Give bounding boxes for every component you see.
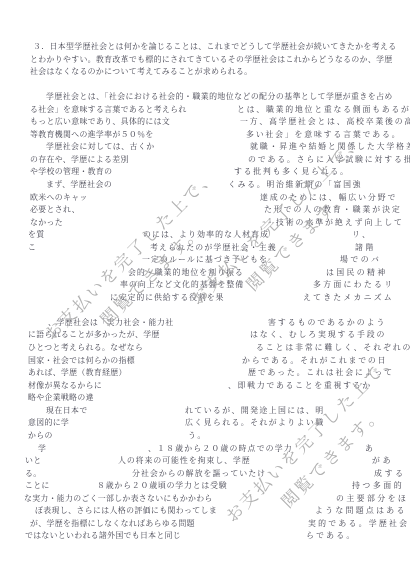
text-line-fragment: や学校の管理・教育の bbox=[30, 167, 112, 176]
text-line-fragment: ３．日本型学歴社会とは何かを論じることは、これまでどうして学歴社会が続いてきたか… bbox=[33, 42, 396, 51]
text-line-fragment: う。 bbox=[188, 431, 207, 440]
text-line-fragment: まず、学歴社会の bbox=[46, 180, 112, 189]
text-line-fragment: 一定のルールに基づき子どもを bbox=[142, 255, 268, 264]
text-line-fragment: な実力・能力のごく一部しか表さないにもかかわら bbox=[24, 494, 213, 503]
text-line-fragment: ることは非常に難しく、それぞれの bbox=[256, 343, 410, 352]
text-line-fragment: 等教育機関への進学率が５０％を bbox=[30, 130, 154, 139]
text-line-fragment: の存在や、学歴による差別 bbox=[30, 155, 129, 164]
text-line-fragment: する批判も多く見られる。 bbox=[234, 167, 350, 176]
text-line-fragment: 学歴社会とは、「社会における社会的・職業的地位などの配分の基準として学歴が重きを… bbox=[46, 92, 393, 101]
text-line-fragment: の主要部分をほ bbox=[336, 494, 408, 503]
text-line-fragment: 就職・昇進や結婚と関係した大学格差 bbox=[250, 142, 410, 151]
text-line-fragment: 歴であった。これは社会によって bbox=[248, 368, 394, 377]
text-line-fragment: 欧米へのキャッ bbox=[30, 193, 88, 202]
text-line-fragment: ではないといわれる諸外国でも日本と同じ bbox=[25, 531, 181, 540]
text-line-fragment: のである。さらに入学試験に対する批判 bbox=[248, 155, 410, 164]
text-line-fragment: 考えられたのが学歴社会・主義 bbox=[150, 243, 277, 252]
text-line-fragment: 会的・職業的地位を割り振る bbox=[128, 268, 244, 277]
text-line-fragment: ぼ表現し、さらには人格の評価にも関わってしま bbox=[35, 506, 217, 515]
text-line-fragment: 率の向上など文化的基盤を整備 bbox=[120, 280, 244, 289]
text-line-fragment: 多い社会」を意味する言葉である。 bbox=[246, 130, 401, 139]
text-line-fragment: 学 bbox=[38, 444, 46, 453]
text-line-fragment: 、学歴社会は「実力社会・能力社 bbox=[48, 318, 174, 327]
text-line-fragment: あ bbox=[365, 444, 376, 453]
text-line-fragment: 人の将来の可能性を拘束し、学歴 bbox=[118, 456, 251, 465]
text-line-fragment: る社会」を意味する言葉であると考えられ bbox=[30, 105, 187, 114]
text-line-fragment: 諸階 bbox=[355, 243, 376, 252]
text-line-fragment: 一方、高学歴社会とは、高校卒業後の高 bbox=[240, 117, 410, 126]
text-line-fragment: 学歴社会に対しては、古くか bbox=[46, 142, 155, 151]
text-line-fragment: は国民の精神 bbox=[326, 268, 388, 277]
document-page: ３．日本型学歴社会とは何かを論じることは、これまでどうして学歴社会が続いてきたか… bbox=[0, 0, 410, 580]
text-line-fragment: らである。 bbox=[306, 531, 357, 540]
text-line-fragment: 達成のためには、幅広い分野で bbox=[260, 193, 397, 202]
text-line-fragment: 実的である。学歴社会 bbox=[308, 519, 409, 528]
text-line-fragment: 材像が異なるからに bbox=[28, 381, 102, 390]
text-line-fragment: に語られることが多かったが、学歴 bbox=[28, 330, 160, 339]
text-line-fragment: 持つ多面的 bbox=[352, 481, 404, 490]
text-line-fragment: 分社会からの解放を謳っていたけ bbox=[132, 469, 266, 478]
text-line-fragment: に安定的に供給する役割を果 bbox=[110, 293, 224, 302]
text-line-fragment: あれば、学歴（教育経歴） bbox=[28, 368, 127, 377]
text-line-fragment: があ bbox=[372, 456, 393, 465]
text-line-fragment: とは、職業的地位と重なる側面もあるが、 bbox=[237, 105, 410, 114]
text-line-fragment: が、学歴を指標にしなくなればあらゆる問題 bbox=[30, 519, 195, 528]
text-line-fragment: れているが、開発途上国には、明 bbox=[185, 406, 325, 415]
text-line-fragment: リ、 bbox=[352, 230, 372, 239]
text-line-fragment: はなく、むしろ実現する手段の bbox=[250, 330, 386, 339]
text-line-fragment: を質 bbox=[28, 230, 44, 239]
text-line-fragment: 国家・社会では何らかの指標 bbox=[28, 356, 135, 365]
text-line-fragment: からである。それがこれまでの日 bbox=[242, 356, 387, 365]
text-line-fragment: 現在日本で bbox=[46, 406, 88, 415]
text-line-fragment: 必要とされ、 bbox=[30, 205, 80, 214]
text-line-fragment: ８歳から２０歳頃の学力とは受験 bbox=[97, 481, 228, 490]
text-line-fragment: 、１８歳から２０歳の時点での学力 bbox=[148, 444, 293, 453]
text-line-fragment: 社会はなくなるのかについて考えてみることが求められる。 bbox=[30, 67, 252, 76]
text-line-fragment: こ bbox=[28, 243, 36, 252]
text-line-fragment: とわかりやすい。教育改革でも標的にされてきているその学歴社会はこれからどうなるの… bbox=[30, 55, 393, 64]
text-line-fragment: くみる。明治維新期の「富国強 bbox=[228, 180, 362, 189]
text-line-fragment: ような問題点はある bbox=[315, 506, 407, 515]
text-line-fragment: のには、より効率的な人材育成 bbox=[143, 230, 269, 239]
text-line-fragment: 略や企業戦略の違 bbox=[28, 393, 94, 402]
text-line-fragment: る。 bbox=[25, 469, 41, 478]
text-line-fragment: 、即戦力であることを重視するか bbox=[228, 381, 372, 390]
text-line-fragment: いと bbox=[25, 456, 41, 465]
text-line-fragment: もっと広い意味であり、具体的には文 bbox=[30, 117, 170, 126]
text-line-fragment: ことに bbox=[25, 481, 50, 490]
text-line-fragment: ・技術の水準が絶えず向上して bbox=[266, 218, 404, 227]
text-line-fragment: ひとつと考えられる。なぜなら bbox=[28, 343, 143, 352]
text-line-fragment: なかった bbox=[30, 218, 63, 227]
text-line-fragment: 意図的に学 bbox=[28, 418, 69, 427]
text-line-fragment: 多方面にわたるリ bbox=[313, 280, 394, 289]
text-line-fragment: 場でのバ bbox=[340, 255, 381, 264]
text-line-fragment: 成する bbox=[374, 469, 406, 478]
text-line-fragment: 害するものであるかのよう bbox=[268, 318, 386, 327]
text-line-fragment: 広く見られる。それがよりよい職 bbox=[185, 418, 325, 427]
text-line-fragment: えてきたメカニズム bbox=[303, 293, 394, 302]
text-line-fragment: からの bbox=[28, 431, 53, 440]
text-line-fragment: た形での人の教育・職業が決定 bbox=[264, 205, 402, 214]
